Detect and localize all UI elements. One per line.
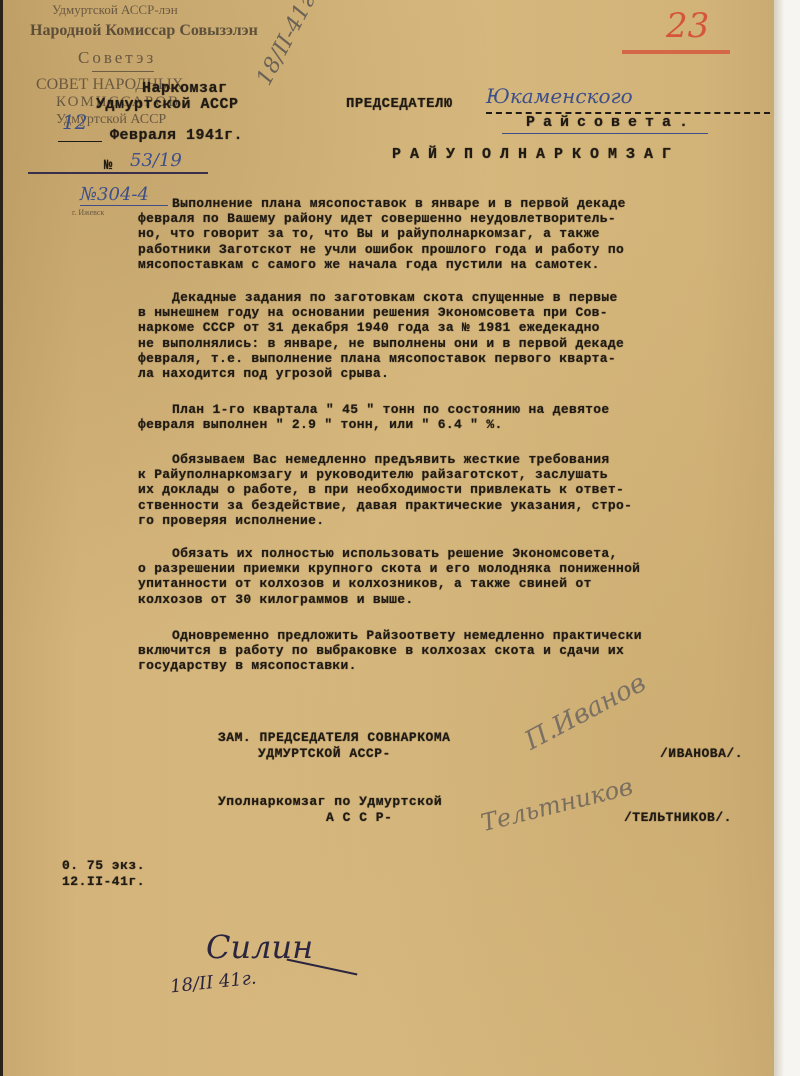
paragraph-1-line: мясопоставкам с самого же начала года пу… [138,257,768,272]
paragraph-2-line: не выполнялись: в январе, не выполнены о… [138,336,768,351]
footer-copies: 0. 75 экз. [62,858,145,873]
sender-org-line-2: Удмуртской АССР [96,96,239,113]
paragraph-1-line: февраля по Вашему району идет совершенно… [138,211,768,226]
signature-2-title-line-1: Уполнаркомзаг по Удмуртской [218,794,442,809]
paragraph-5-line: упитанности от колхозов и колхозников, а… [138,576,768,591]
page-binding-edge [0,0,3,1076]
paragraph-4-line: го проверяя исполнение. [138,513,768,528]
paragraph-4: Обязываем Вас немедленно предъявить жест… [138,452,768,528]
signature-2-handwritten: Тельтников [478,772,636,837]
paragraph-2-line: наркоме СССР от 31 декабря 1940 года за … [138,320,768,335]
footer-date: 12.II-41г. [62,874,145,889]
signature-2-title-line-2: А С С Р- [326,810,392,825]
scan-background-margin [774,0,800,1076]
paragraph-3-line: План 1-го квартала " 45 " тонн по состоя… [138,402,768,417]
paragraph-2-line: февраля, т.е. выполнение плана мясопоста… [138,351,768,366]
registration-note: г. Ижевск [72,208,104,217]
paragraph-1-line: работники Заготскот не учли ошибок прошл… [138,242,768,257]
addressee-underline [502,133,708,134]
paragraph-2-line: Декадные задания по заготовкам скота спу… [138,290,768,305]
signature-1-title-line-2: УДМУРТСКОЙ АССР- [258,746,391,761]
signature-1-title-line-1: ЗАМ. ПРЕДСЕДАТЕЛЯ СОВНАРКОМА [218,730,450,745]
date-day-underline [58,141,102,142]
paragraph-5: Обязать их полностью использовать решени… [138,546,768,607]
page-number-underline [622,50,730,54]
paragraph-1-line: Выполнение плана мясопоставок в январе и… [138,196,768,211]
scanned-document-page: 23 18/II-41г Удмуртской АССР-лэн Народно… [0,0,782,1076]
paragraph-1-line: но, что говорит за то, что Вы и райуполн… [138,226,768,241]
paragraph-2: Декадные задания по заготовкам скота спу… [138,290,768,381]
paragraph-2-line: ла находится под угрозой срыва. [138,366,768,381]
paragraph-4-line: к Райуполнаркомзагу и руководителю райза… [138,467,768,482]
signature-1-name: /ИВАНОВА/. [660,746,743,761]
header-stamp-line-2: Народной Комиссар Совызэлэн [30,22,258,40]
paragraph-6-line: включится в работу по выбраковке в колхо… [138,643,768,658]
receipt-signature-tail [287,959,358,976]
addressee-org: РАЙУПОЛНАРКОМЗАГ [392,146,680,163]
paragraph-4-line: ственности за бездействие, давая практич… [138,498,768,513]
paragraph-3: План 1-го квартала " 45 " тонн по состоя… [138,402,768,432]
outgoing-number-value: 53/19 [130,150,182,171]
paragraph-6-line: государству в мясопоставки. [138,658,768,673]
paragraph-6: Одновременно предложить Райзоответу неме… [138,628,768,674]
sender-org-line-1: Наркомзаг [142,80,228,97]
header-stamp-divider [92,71,154,72]
header-stamp-line-3: Советэз [78,48,156,68]
addressee-title: ПРЕДСЕДАТЕЛЮ [346,96,453,112]
margin-pencil-date: 18/II-41г [252,0,321,90]
header-stamp-line-1: Удмуртской АССР-лэн [52,2,178,18]
paragraph-6-line: Одновременно предложить Райзоответу неме… [138,628,768,643]
paragraph-4-line: их доклады о работе, в при необходимости… [138,482,768,497]
paragraph-1: Выполнение плана мясопоставок в январе и… [138,196,768,272]
sender-date: Февраля 1941г. [110,127,243,144]
paragraph-5-line: о разрешении приемки крупного скота и ег… [138,561,768,576]
sender-date-day: 12 [62,110,87,134]
page-number: 23 [666,6,709,46]
outgoing-number-line [28,172,208,174]
signature-1-handwritten: П.Иванов [520,668,651,757]
outgoing-number-prefix: № [104,158,113,174]
paragraph-5-line: Обязать их полностью использовать решени… [138,546,768,561]
addressee-district-name: Юкаменского [486,84,633,108]
paragraph-3-line: февраля выполнен " 2.9 " тонн, или " 6.4… [138,417,768,432]
receipt-date: 18/II 41г. [169,968,257,998]
paragraph-2-line: в нынешнем году на основании решения Эко… [138,305,768,320]
addressee-body: Райсовета. [526,114,696,131]
signature-2-name: /ТЕЛЬТНИКОВ/. [624,810,732,825]
paragraph-4-line: Обязываем Вас немедленно предъявить жест… [138,452,768,467]
paragraph-5-line: колхозов от 30 килограммов и выше. [138,592,768,607]
